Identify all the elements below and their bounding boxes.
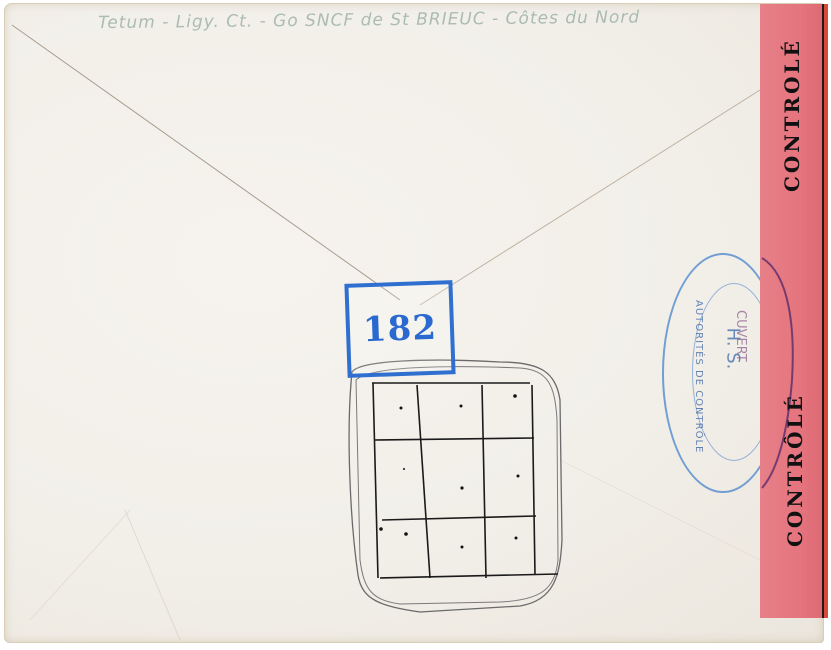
censor-label-text-top: CONTROLÉ <box>780 72 804 192</box>
censor-label-text-bottom: CONTRÔLÉ <box>783 397 807 547</box>
envelope-scan: Tetum - Ligy. Ct. - Go SNCF de St BRIEUC… <box>0 0 831 650</box>
purple-oval-arc <box>0 0 831 650</box>
